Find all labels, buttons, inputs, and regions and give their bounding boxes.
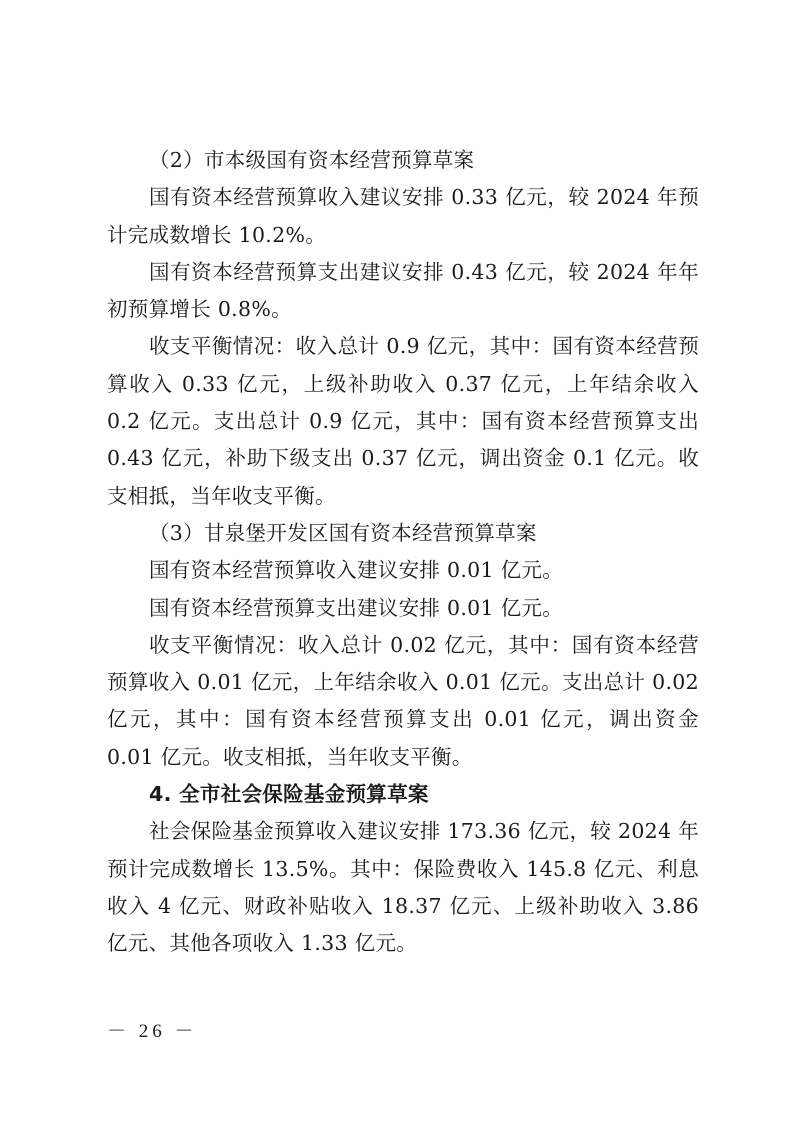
paragraph-devzone-balance: 收支平衡情况：收入总计 0.02 亿元，其中：国有资本经营预算收入 0.01 亿…: [107, 627, 699, 776]
subheading-ganquanbao-dev-zone: （3）甘泉堡开发区国有资本经营预算草案: [107, 515, 699, 552]
paragraph-devzone-expenditure: 国有资本经营预算支出建议安排 0.01 亿元。: [107, 590, 699, 627]
paragraph-income-plan: 国有资本经营预算收入建议安排 0.33 亿元，较 2024 年预计完成数增长 1…: [107, 179, 699, 254]
subheading-city-level-state-capital: （2）市本级国有资本经营预算草案: [107, 142, 699, 179]
paragraph-expenditure-plan: 国有资本经营预算支出建议安排 0.43 亿元，较 2024 年年初预算增长 0.…: [107, 254, 699, 329]
paragraph-devzone-income: 国有资本经营预算收入建议安排 0.01 亿元。: [107, 552, 699, 589]
paragraph-social-insurance-income: 社会保险基金预算收入建议安排 173.36 亿元，较 2024 年预计完成数增长…: [107, 813, 699, 962]
paragraph-balance: 收支平衡情况：收入总计 0.9 亿元，其中：国有资本经营预算收入 0.33 亿元…: [107, 328, 699, 514]
heading-social-insurance-fund: 4. 全市社会保险基金预算草案: [107, 776, 699, 813]
document-page: （2）市本级国有资本经营预算草案 国有资本经营预算收入建议安排 0.33 亿元，…: [107, 142, 699, 963]
page-number: － 26 －: [107, 1016, 198, 1043]
